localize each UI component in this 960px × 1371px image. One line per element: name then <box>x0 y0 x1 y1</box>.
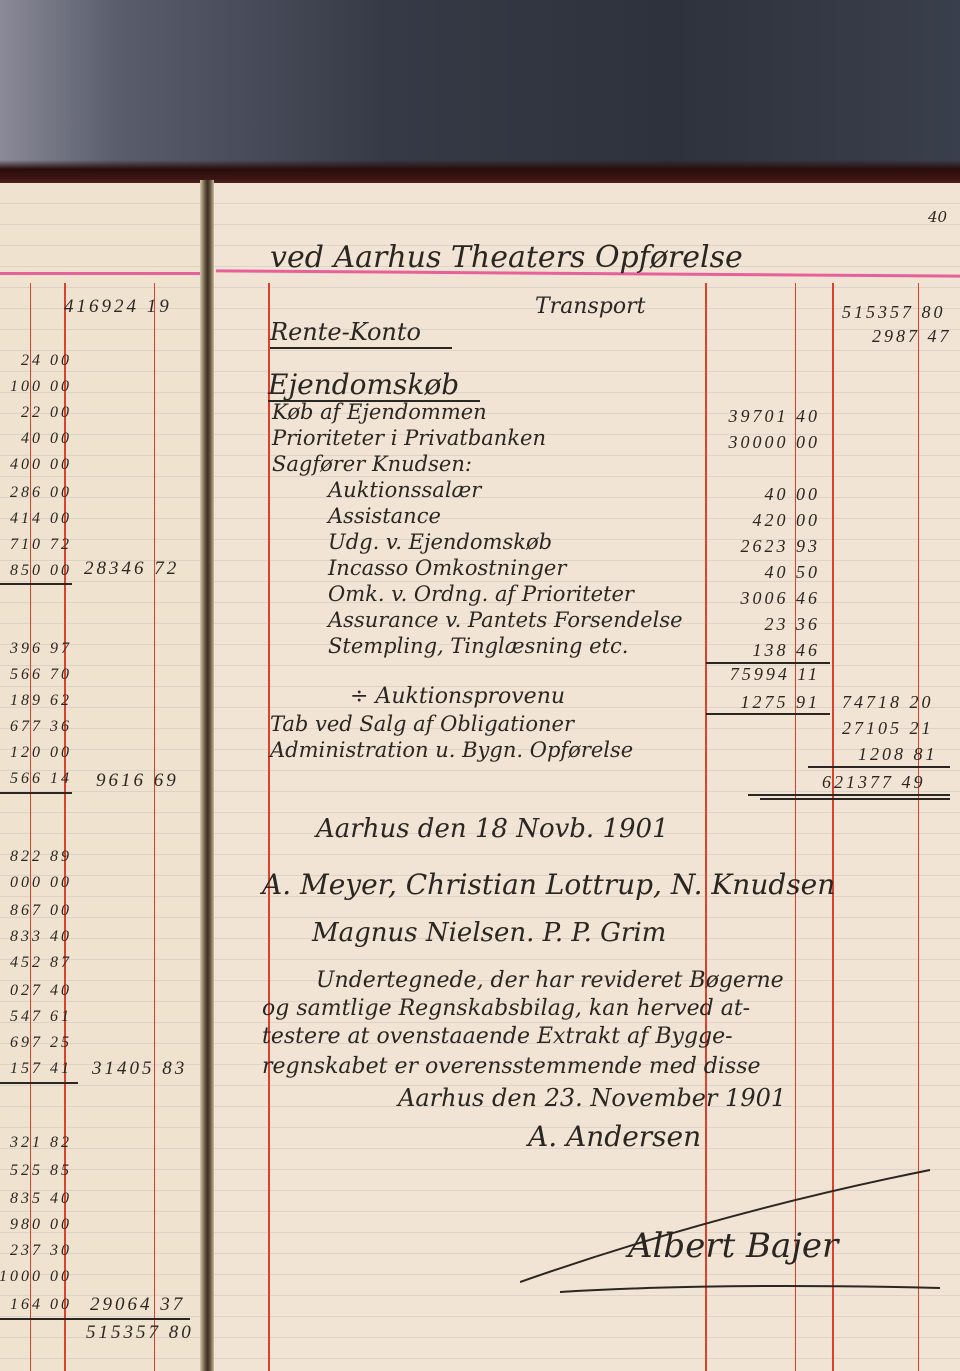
total-rule <box>808 766 950 768</box>
left-line: 677 36 <box>10 718 72 736</box>
entry-amount: 3006 46 <box>741 588 821 609</box>
left-line: 710 72 <box>10 536 72 554</box>
entry-amount: 40 50 <box>765 562 821 583</box>
left-line: 566 70 <box>10 666 72 684</box>
page-header: ved Aarhus Theaters Opførelse <box>270 240 743 275</box>
left-group-total: 29064 37 <box>90 1294 185 1316</box>
left-line: 000 00 <box>10 874 72 892</box>
entry-label: Sagfører Knudsen: <box>272 452 472 476</box>
left-group-total: 9616 69 <box>96 770 179 792</box>
left-sum-rule <box>0 1082 78 1084</box>
date-line-1: Aarhus den 18 Novb. 1901 <box>316 814 669 844</box>
left-line: 24 00 <box>21 352 72 370</box>
left-group-total: 28346 72 <box>84 558 179 580</box>
entry-amount: 40 00 <box>765 484 821 505</box>
entry-label: Omk. v. Ordng. af Prioriteter <box>328 582 634 606</box>
left-header-rule <box>0 272 200 275</box>
left-line: 120 00 <box>10 744 72 762</box>
entry-label: Auktionssalær <box>328 478 481 502</box>
entry-amount: 30000 00 <box>729 432 821 453</box>
attestation-line: og samtlige Regnskabsbilag, kan herved a… <box>262 996 750 1021</box>
left-line: 400 00 <box>10 456 72 474</box>
right-margin-rule <box>268 283 270 1371</box>
entry-label: Prioriteter i Privatbanken <box>272 426 546 450</box>
entry-amount: 1208 81 <box>858 744 938 765</box>
transport-amount: 515357 80 <box>842 302 946 323</box>
entry-amount: 27105 21 <box>842 718 934 739</box>
entry-label: Incasso Omkostninger <box>328 556 566 580</box>
left-line: 321 82 <box>10 1134 72 1152</box>
left-line: 547 61 <box>10 1008 72 1026</box>
rente-konto-underline <box>270 347 452 349</box>
left-line: 100 00 <box>10 378 72 396</box>
left-line: 452 87 <box>10 954 72 972</box>
left-line: 414 00 <box>10 510 72 528</box>
left-sum-rule <box>0 1318 190 1320</box>
left-line: 157 41 <box>10 1060 72 1078</box>
left-line: 286 00 <box>10 484 72 502</box>
entry-amount: 2623 93 <box>741 536 821 557</box>
rente-konto-amount: 2987 47 <box>872 326 952 347</box>
left-group-total: 31405 83 <box>92 1058 187 1080</box>
left-line: 980 00 <box>10 1216 72 1234</box>
signature-bajer: Albert Bajer <box>628 1226 838 1266</box>
book-gutter <box>200 180 214 1371</box>
entry-label: Assurance v. Pantets Forsendelse <box>328 608 683 632</box>
ejendomskob-heading: Ejendomskøb <box>268 368 459 401</box>
ejendomskob-subtotal: 75994 11 <box>730 664 820 685</box>
left-line: 189 62 <box>10 692 72 710</box>
grand-total-double-rule-1 <box>748 794 950 796</box>
grand-total-double-rule-2 <box>760 798 950 800</box>
entry-label: Assistance <box>328 504 441 528</box>
attestation-line: testere at ovenstaaende Extrakt af Bygge… <box>262 1024 733 1049</box>
grand-total: 621377 49 <box>822 772 926 793</box>
entry-label: Udg. v. Ejendomskøb <box>328 530 552 554</box>
attestation-line: Undertegnede, der har revideret Bøgerne <box>316 968 784 993</box>
left-line: 566 14 <box>10 770 72 788</box>
ejendomskob-net: 74718 20 <box>842 692 934 713</box>
left-line: 164 00 <box>10 1296 72 1314</box>
entry-amount: 420 00 <box>753 510 821 531</box>
left-sum-rule <box>0 792 72 794</box>
left-line: 835 40 <box>10 1190 72 1208</box>
left-line: 850 00 <box>10 562 72 580</box>
rente-konto-label: Rente-Konto <box>270 318 421 346</box>
auktionsprovenu-label: ÷ Auktionsprovenu <box>350 684 565 709</box>
auktionsprovenu-amount: 1275 91 <box>741 692 821 713</box>
left-line: 22 00 <box>21 404 72 422</box>
left-line: 525 85 <box>10 1162 72 1180</box>
left-line: 1000 00 <box>0 1268 72 1286</box>
deduction-rule <box>706 713 830 715</box>
left-line: 867 00 <box>10 902 72 920</box>
page-number: 40 <box>928 208 947 226</box>
left-line: 40 00 <box>21 430 72 448</box>
left-carry-out: 515357 80 <box>86 1322 194 1344</box>
entry-amount: 23 36 <box>765 614 821 635</box>
signatures-line-2: Magnus Nielsen. P. P. Grim <box>312 918 666 948</box>
signature-andersen: A. Andersen <box>528 1120 701 1153</box>
entry-label: Administration u. Bygn. Opførelse <box>270 738 633 762</box>
date-line-2: Aarhus den 23. November 1901 <box>398 1084 786 1112</box>
left-line: 027 40 <box>10 982 72 1000</box>
left-line: 697 25 <box>10 1034 72 1052</box>
left-col-rule-3 <box>154 283 155 1371</box>
attestation-line: regnskabet er overensstemmende med disse <box>262 1054 761 1079</box>
entry-label: Stempling, Tinglæsning etc. <box>328 634 628 658</box>
left-line: 833 40 <box>10 928 72 946</box>
entry-amount: 138 46 <box>753 640 821 661</box>
entry-label: Tab ved Salg af Obligationer <box>270 712 574 736</box>
entry-amount: 39701 40 <box>729 406 821 427</box>
left-line: 237 30 <box>10 1242 72 1260</box>
signatures-line-1: A. Meyer, Christian Lottrup, N. Knudsen <box>262 868 835 901</box>
left-carry-in: 416924 19 <box>64 296 172 318</box>
left-line: 396 97 <box>10 640 72 658</box>
entry-label: Køb af Ejendommen <box>272 400 487 424</box>
left-line: 822 89 <box>10 848 72 866</box>
left-sum-rule <box>0 583 72 585</box>
transport-label: Transport <box>535 294 645 319</box>
